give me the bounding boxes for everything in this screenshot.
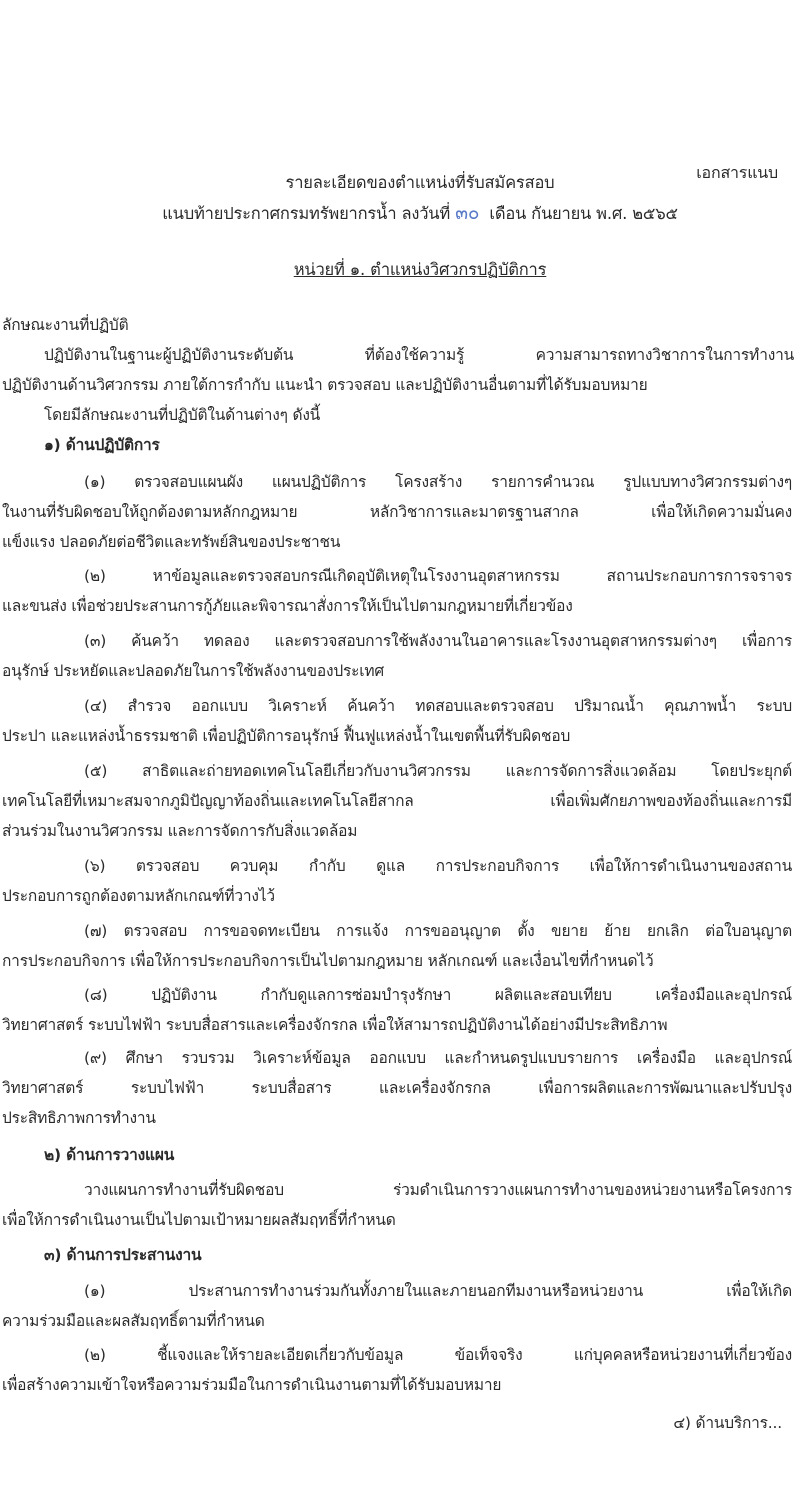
- item-1-6-line-1: (๖) ตรวจสอบ ควบคุม กำกับ ดูแล การประกอบก…: [84, 853, 792, 879]
- item-1-9-line-3: ประสิทธิภาพการทำงาน: [2, 1105, 156, 1131]
- handwritten-day: ๓๐: [455, 202, 479, 224]
- item-2-1-line-2: เพื่อให้การดำเนินงานเป็นไปตามเป้าหมายผลส…: [2, 1207, 396, 1233]
- item-1-5-line-3: ส่วนร่วมในงานวิศวกรรม และการจัดการกับสิ่…: [2, 818, 357, 844]
- intro-line-1: ปฏิบัติงานในฐานะผู้ปฏิบัติงานระดับต้น ที…: [44, 342, 794, 368]
- subtitle-prefix: แนบท้ายประกาศกรมทรัพยากรน้ำ ลงวันที่: [162, 204, 450, 223]
- item-1-1-line-2: ในงานที่รับผิดชอบให้ถูกต้องตามหลักกฎหมาย…: [2, 499, 792, 525]
- document-page: เอกสารแนบ รายละเอียดของตำแหน่งที่รับสมัค…: [0, 0, 800, 1490]
- document-subtitle: แนบท้ายประกาศกรมทรัพยากรน้ำ ลงวันที่ ๓๐ …: [0, 200, 800, 227]
- item-3-1-line-2: ความร่วมมือและผลสัมฤทธิ์ตามที่กำหนด: [2, 1308, 265, 1334]
- item-1-4-line-2: ประปา และแหล่งน้ำธรรมชาติ เพื่อปฏิบัติกา…: [2, 723, 570, 749]
- item-1-6-line-2: ประกอบการถูกต้องตามหลักเกณฑ์ที่วางไว้: [2, 883, 275, 909]
- subtitle-suffix: เดือน กันยายน พ.ศ. ๒๕๖๕: [489, 204, 677, 223]
- item-1-2-line-1: (๒) หาข้อมูลและตรวจสอบกรณีเกิดอุบัติเหตุ…: [84, 563, 792, 589]
- item-1-8-line-2: วิทยาศาสตร์ ระบบไฟฟ้า ระบบสื่อสารและเครื…: [2, 1012, 667, 1038]
- item-1-2-line-2: และขนส่ง เพื่อช่วยประสานการกู้ภัยและพิจา…: [2, 593, 573, 619]
- item-1-1-line-3: แข็งแรง ปลอดภัยต่อชีวิตและทรัพย์สินของปร…: [2, 529, 340, 555]
- item-1-8-line-1: (๘) ปฏิบัติงาน กำกับดูแลการซ่อมบำรุงรักษ…: [84, 982, 792, 1008]
- item-1-7-line-1: (๗) ตรวจสอบ การขอจดทะเบียน การแจ้ง การขอ…: [84, 918, 792, 944]
- item-1-1-line-1: (๑) ตรวจสอบแผนผัง แผนปฏิบัติการ โครงสร้า…: [84, 469, 792, 495]
- area-3-heading: ๓) ด้านการประสานงาน: [44, 1242, 201, 1268]
- item-1-5-line-2: เทคโนโลยีที่เหมาะสมจากภูมิปัญญาท้องถิ่นแ…: [2, 788, 792, 814]
- item-1-3-line-2: อนุรักษ์ ประหยัดและปลอดภัยในการใช้พลังงา…: [2, 658, 384, 684]
- document-title: รายละเอียดของตำแหน่งที่รับสมัครสอบ: [0, 170, 800, 196]
- area-1-heading: ๑) ด้านปฏิบัติการ: [44, 432, 160, 458]
- intro-line-3: โดยมีลักษณะงานที่ปฏิบัติในด้านต่างๆ ดังน…: [44, 402, 320, 428]
- item-2-1-line-1: วางแผนการทำงานที่รับผิดชอบ ร่วมดำเนินการ…: [84, 1177, 792, 1203]
- item-1-3-line-1: (๓) ค้นคว้า ทดลอง และตรวจสอบการใช้พลังงา…: [84, 628, 792, 654]
- item-3-2-line-2: เพื่อสร้างความเข้าใจหรือความร่วมมือในการ…: [2, 1372, 501, 1398]
- section-heading: ลักษณะงานที่ปฏิบัติ: [2, 312, 128, 338]
- intro-line-2: ปฏิบัติงานด้านวิศวกรรม ภายใต้การกำกับ แน…: [2, 372, 648, 398]
- item-1-4-line-1: (๔) สำรวจ ออกแบบ วิเคราะห์ ค้นคว้า ทดสอบ…: [84, 693, 792, 719]
- item-1-9-line-2: วิทยาศาสตร์ ระบบไฟฟ้า ระบบสื่อสาร และเคร…: [2, 1075, 792, 1101]
- item-1-9-line-1: (๙) ศึกษา รวบรวม วิเคราะห์ข้อมูล ออกแบบ …: [84, 1045, 792, 1071]
- area-2-heading: ๒) ด้านการวางแผน: [44, 1142, 174, 1168]
- continuation-label: ๔) ด้านบริการ...: [673, 1410, 782, 1436]
- unit-heading: หน่วยที่ ๑. ตำแหน่งวิศวกรปฏิบัติการ: [0, 257, 800, 283]
- item-1-5-line-1: (๕) สาธิตและถ่ายทอดเทคโนโลยีเกี่ยวกับงาน…: [84, 758, 792, 784]
- item-3-2-line-1: (๒) ชี้แจงและให้รายละเอียดเกี่ยวกับข้อมู…: [84, 1342, 792, 1368]
- item-1-7-line-2: การประกอบกิจการ เพื่อให้การประกอบกิจการเ…: [2, 948, 653, 974]
- item-3-1-line-1: (๑) ประสานการทำงานร่วมกันทั้งภายในและภาย…: [84, 1278, 792, 1304]
